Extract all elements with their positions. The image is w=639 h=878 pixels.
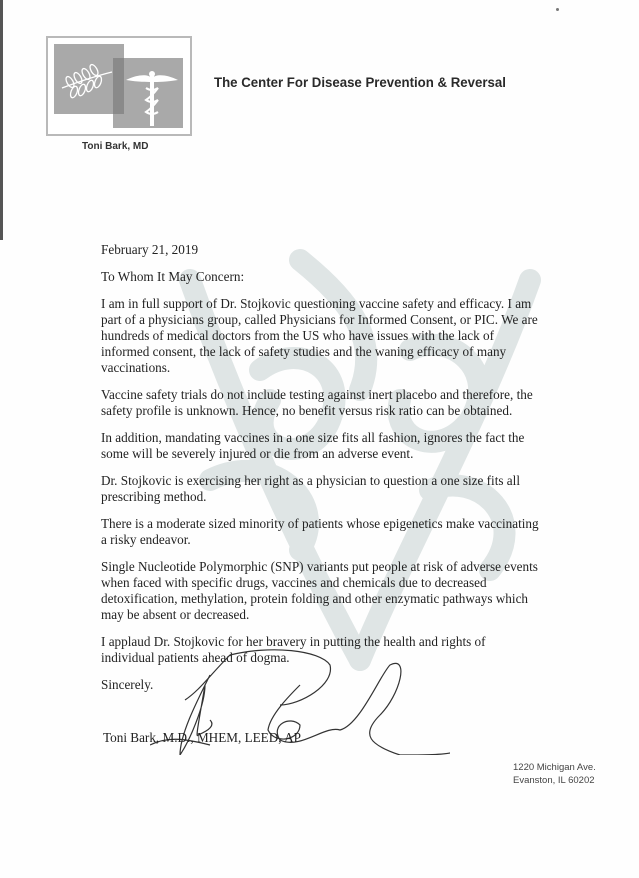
address-line-1: 1220 Michigan Ave.	[513, 761, 596, 774]
paragraph: Vaccine safety trials do not include tes…	[101, 387, 541, 419]
letter-body: February 21, 2019 To Whom It May Concern…	[101, 242, 541, 704]
doctor-name-header: Toni Bark, MD	[82, 141, 148, 152]
caduceus-icon	[126, 71, 178, 126]
paragraph: Single Nucleotide Polymorphic (SNP) vari…	[101, 559, 541, 623]
address-line-2: Evanston, IL 60202	[513, 774, 596, 787]
paragraph: There is a moderate sized minority of pa…	[101, 516, 541, 548]
speck	[556, 8, 559, 11]
scan-edge	[0, 0, 3, 240]
practice-logo	[46, 36, 192, 136]
signatory-name: Toni Bark, M.D., MHEM, LEED, AP	[103, 730, 301, 746]
organization-name: The Center For Disease Prevention & Reve…	[214, 75, 506, 90]
letter-date: February 21, 2019	[101, 242, 541, 258]
paragraph: I am in full support of Dr. Stojkovic qu…	[101, 296, 541, 376]
paragraph: In addition, mandating vaccines in a one…	[101, 430, 541, 462]
address-block: 1220 Michigan Ave. Evanston, IL 60202	[513, 761, 596, 787]
salutation: To Whom It May Concern:	[101, 269, 541, 285]
paragraph: Dr. Stojkovic is exercising her right as…	[101, 473, 541, 505]
olive-branch-icon	[62, 63, 112, 98]
